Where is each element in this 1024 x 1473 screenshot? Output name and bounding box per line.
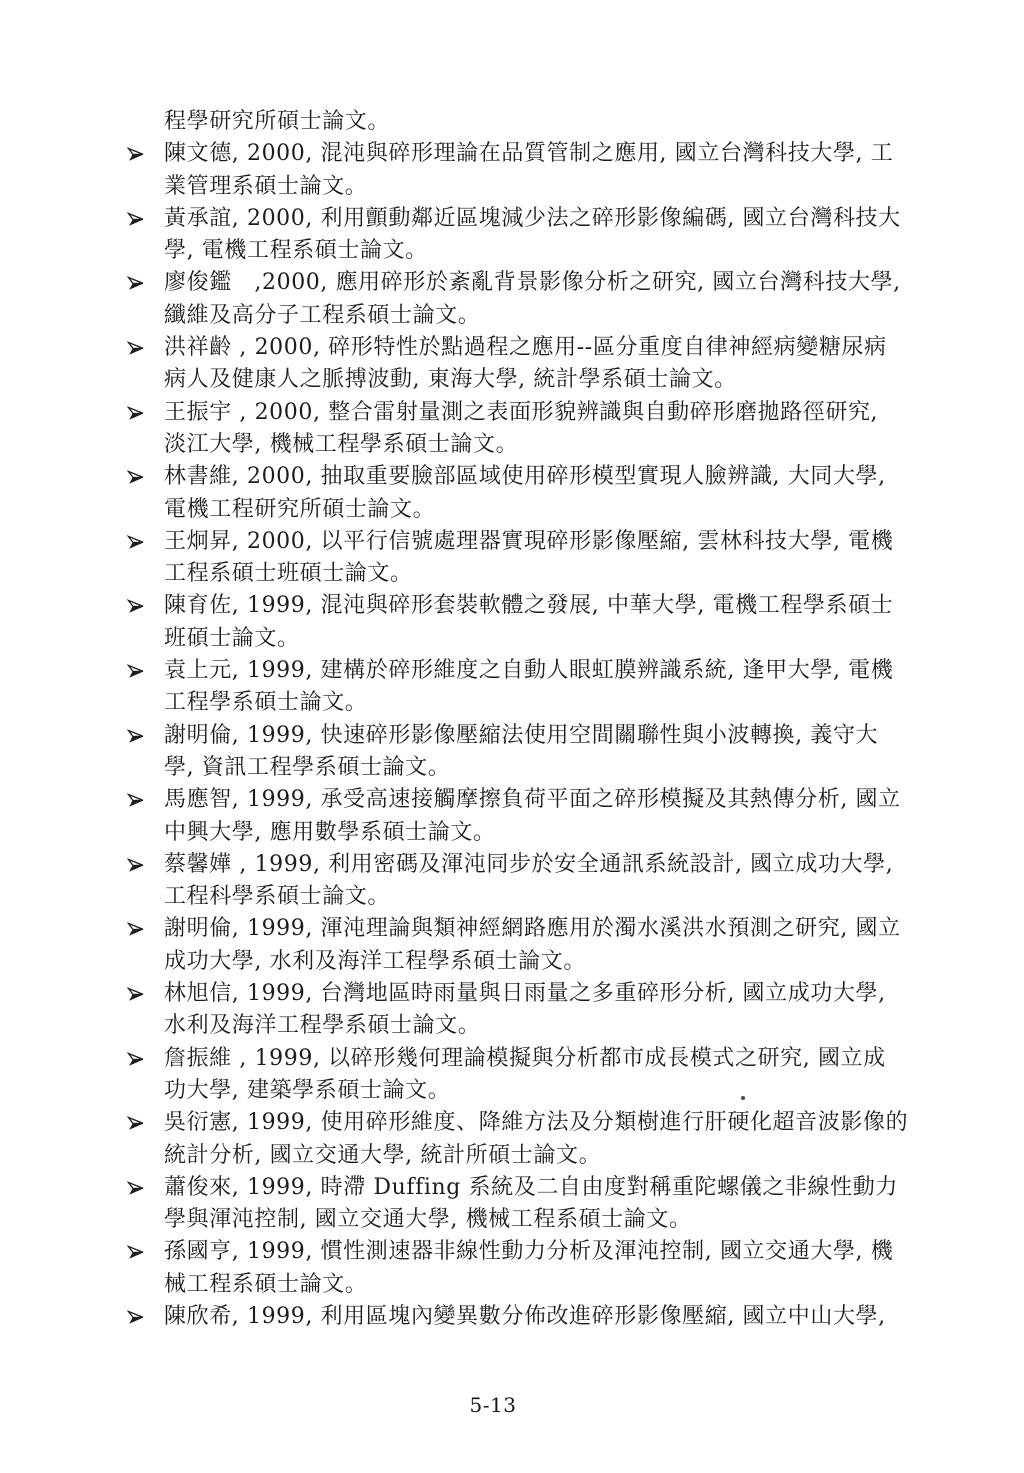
reference-line: 孫國亨, 1999, 慣性測速器非線性動力分析及渾沌控制, 國立交通大學, 機 xyxy=(164,1236,922,1268)
arrow-bullet-icon xyxy=(127,858,145,873)
reference-line: 陳育佐, 1999, 混沌與碎形套裝軟體之發展, 中華大學, 電機工程學系碩士 xyxy=(164,590,922,622)
reference-line: 廖俊鑑 ,2000, 應用碎形於紊亂背景影像分析之研究, 國立台灣科技大學, xyxy=(164,267,922,299)
reference-item: 王炯昇, 2000, 以平行信號處理器實現碎形影像壓縮, 雲林科技大學, 電機工… xyxy=(164,526,922,591)
reference-item: 謝明倫, 1999, 渾沌理論與類神經網路應用於濁水溪洪水預測之研究, 國立成功… xyxy=(164,913,922,978)
reference-line: 洪祥齡 , 2000, 碎形特性於點過程之應用--區分重度自律神經病變糖尿病 xyxy=(164,332,922,364)
reference-list: 陳文德, 2000, 混沌與碎形理論在品質管制之應用, 國立台灣科技大學, 工業… xyxy=(164,138,922,1333)
reference-line: 功大學, 建築學系碩士論文。 xyxy=(164,1075,922,1107)
reference-text: 王炯昇, 2000, 以平行信號處理器實現碎形影像壓縮, 雲林科技大學, 電機工… xyxy=(164,526,922,591)
reference-line: 學與渾沌控制, 國立交通大學, 機械工程系碩士論文。 xyxy=(164,1204,922,1236)
arrow-bullet-icon xyxy=(127,793,145,808)
reference-item: 孫國亨, 1999, 慣性測速器非線性動力分析及渾沌控制, 國立交通大學, 機械… xyxy=(164,1236,922,1301)
reference-line: 工程學系碩士論文。 xyxy=(164,687,922,719)
arrow-bullet-icon xyxy=(127,1116,145,1131)
reference-line: 成功大學, 水利及海洋工程學系碩士論文。 xyxy=(164,946,922,978)
reference-line: 謝明倫, 1999, 快速碎形影像壓縮法使用空間關聯性與小波轉換, 義守大 xyxy=(164,720,922,752)
arrow-bullet-icon xyxy=(127,1181,145,1196)
reference-text: 陳文德, 2000, 混沌與碎形理論在品質管制之應用, 國立台灣科技大學, 工業… xyxy=(164,138,922,203)
reference-item: 蕭俊來, 1999, 時滯 Duffing 系統及二自由度對稱重陀螺儀之非線性動… xyxy=(164,1172,922,1237)
continuation-line: 程學研究所碩士論文。 xyxy=(164,106,922,138)
reference-text: 袁上元, 1999, 建構於碎形維度之自動人眼虹膜辨識系統, 逢甲大學, 電機工… xyxy=(164,655,922,720)
arrow-bullet-icon xyxy=(127,276,145,291)
reference-line: 袁上元, 1999, 建構於碎形維度之自動人眼虹膜辨識系統, 逢甲大學, 電機 xyxy=(164,655,922,687)
reference-text: 林書維, 2000, 抽取重要臉部區域使用碎形模型實現人臉辨識, 大同大學,電機… xyxy=(164,461,922,526)
reference-item: 林旭信, 1999, 台灣地區時雨量與日雨量之多重碎形分析, 國立成功大學,水利… xyxy=(164,978,922,1043)
reference-line: 班碩士論文。 xyxy=(164,623,922,655)
reference-line: 詹振維 , 1999, 以碎形幾何理論模擬與分析都市成長模式之研究, 國立成 xyxy=(164,1043,922,1075)
reference-line: 王炯昇, 2000, 以平行信號處理器實現碎形影像壓縮, 雲林科技大學, 電機 xyxy=(164,526,922,558)
reference-text: 王振宇 , 2000, 整合雷射量測之表面形貌辨識與自動碎形磨拋路徑研究,淡江大… xyxy=(164,397,922,462)
reference-line: 統計分析, 國立交通大學, 統計所碩士論文。 xyxy=(164,1140,922,1172)
page-number: 5-13 xyxy=(470,1393,517,1417)
reference-line: 蔡馨嬅 , 1999, 利用密碼及渾沌同步於安全通訊系統設計, 國立成功大學, xyxy=(164,849,922,881)
reference-line: 中興大學, 應用數學系碩士論文。 xyxy=(164,817,922,849)
arrow-bullet-icon xyxy=(127,922,145,937)
reference-text: 謝明倫, 1999, 渾沌理論與類神經網路應用於濁水溪洪水預測之研究, 國立成功… xyxy=(164,913,922,978)
arrow-bullet-icon xyxy=(127,1052,145,1067)
reference-text: 黃承誼, 2000, 利用顫動鄰近區塊減少法之碎形影像編碼, 國立台灣科技大學,… xyxy=(164,203,922,268)
reference-text: 陳育佐, 1999, 混沌與碎形套裝軟體之發展, 中華大學, 電機工程學系碩士班… xyxy=(164,590,922,655)
arrow-bullet-icon xyxy=(127,664,145,679)
reference-text: 林旭信, 1999, 台灣地區時雨量與日雨量之多重碎形分析, 國立成功大學,水利… xyxy=(164,978,922,1043)
reference-line: 林旭信, 1999, 台灣地區時雨量與日雨量之多重碎形分析, 國立成功大學, xyxy=(164,978,922,1010)
reference-item: 詹振維 , 1999, 以碎形幾何理論模擬與分析都市成長模式之研究, 國立成功大… xyxy=(164,1043,922,1108)
reference-item: 謝明倫, 1999, 快速碎形影像壓縮法使用空間關聯性與小波轉換, 義守大學, … xyxy=(164,720,922,785)
reference-item: 馬應智, 1999, 承受高速接觸摩擦負荷平面之碎形模擬及其熱傳分析, 國立中興… xyxy=(164,784,922,849)
arrow-bullet-icon xyxy=(127,599,145,614)
reference-line: 淡江大學, 機械工程學系碩士論文。 xyxy=(164,429,922,461)
reference-text: 陳欣希, 1999, 利用區塊內變異數分佈改進碎形影像壓縮, 國立中山大學, xyxy=(164,1301,922,1333)
reference-item: 林書維, 2000, 抽取重要臉部區域使用碎形模型實現人臉辨識, 大同大學,電機… xyxy=(164,461,922,526)
reference-text: 蕭俊來, 1999, 時滯 Duffing 系統及二自由度對稱重陀螺儀之非線性動… xyxy=(164,1172,922,1237)
reference-item: 陳育佐, 1999, 混沌與碎形套裝軟體之發展, 中華大學, 電機工程學系碩士班… xyxy=(164,590,922,655)
arrow-bullet-icon xyxy=(127,535,145,550)
document-page: { "document": { "leading_line": "程學研究所碩士… xyxy=(0,0,1024,1473)
reference-item: 吳衍憲, 1999, 使用碎形維度、降維方法及分類樹進行肝硬化超音波影像的統計分… xyxy=(164,1107,922,1172)
reference-line: 馬應智, 1999, 承受高速接觸摩擦負荷平面之碎形模擬及其熱傳分析, 國立 xyxy=(164,784,922,816)
reference-line: 工程系碩士班碩士論文。 xyxy=(164,558,922,590)
reference-item: 洪祥齡 , 2000, 碎形特性於點過程之應用--區分重度自律神經病變糖尿病病人… xyxy=(164,332,922,397)
arrow-bullet-icon xyxy=(127,212,145,227)
page-content: 程學研究所碩士論文。 陳文德, 2000, 混沌與碎形理論在品質管制之應用, 國… xyxy=(164,106,922,1333)
reference-item: 蔡馨嬅 , 1999, 利用密碼及渾沌同步於安全通訊系統設計, 國立成功大學,工… xyxy=(164,849,922,914)
arrow-bullet-icon xyxy=(127,470,145,485)
reference-line: 吳衍憲, 1999, 使用碎形維度、降維方法及分類樹進行肝硬化超音波影像的 xyxy=(164,1107,922,1139)
reference-line: 陳欣希, 1999, 利用區塊內變異數分佈改進碎形影像壓縮, 國立中山大學, xyxy=(164,1301,922,1333)
reference-line: 工程科學系碩士論文。 xyxy=(164,881,922,913)
arrow-bullet-icon xyxy=(127,1245,145,1260)
reference-line: 謝明倫, 1999, 渾沌理論與類神經網路應用於濁水溪洪水預測之研究, 國立 xyxy=(164,913,922,945)
reference-text: 謝明倫, 1999, 快速碎形影像壓縮法使用空間關聯性與小波轉換, 義守大學, … xyxy=(164,720,922,785)
reference-item: 廖俊鑑 ,2000, 應用碎形於紊亂背景影像分析之研究, 國立台灣科技大學,纖維… xyxy=(164,267,922,332)
reference-line: 水利及海洋工程學系碩士論文。 xyxy=(164,1010,922,1042)
arrow-bullet-icon xyxy=(127,1310,145,1325)
reference-item: 王振宇 , 2000, 整合雷射量測之表面形貌辨識與自動碎形磨拋路徑研究,淡江大… xyxy=(164,397,922,462)
reference-line: 業管理系碩士論文。 xyxy=(164,171,922,203)
reference-item: 陳欣希, 1999, 利用區塊內變異數分佈改進碎形影像壓縮, 國立中山大學, xyxy=(164,1301,922,1333)
arrow-bullet-icon xyxy=(127,147,145,162)
reference-line: 王振宇 , 2000, 整合雷射量測之表面形貌辨識與自動碎形磨拋路徑研究, xyxy=(164,397,922,429)
reference-line: 電機工程研究所碩士論文。 xyxy=(164,494,922,526)
arrow-bullet-icon xyxy=(127,987,145,1002)
reference-line: 陳文德, 2000, 混沌與碎形理論在品質管制之應用, 國立台灣科技大學, 工 xyxy=(164,138,922,170)
reference-line: 纖維及高分子工程系碩士論文。 xyxy=(164,300,922,332)
reference-line: 病人及健康人之脈搏波動, 東海大學, 統計學系碩士論文。 xyxy=(164,364,922,396)
reference-line: 學, 電機工程系碩士論文。 xyxy=(164,235,922,267)
reference-text: 馬應智, 1999, 承受高速接觸摩擦負荷平面之碎形模擬及其熱傳分析, 國立中興… xyxy=(164,784,922,849)
reference-item: 黃承誼, 2000, 利用顫動鄰近區塊減少法之碎形影像編碼, 國立台灣科技大學,… xyxy=(164,203,922,268)
reference-line: 學, 資訊工程學系碩士論文。 xyxy=(164,752,922,784)
arrow-bullet-icon xyxy=(127,729,145,744)
reference-line: 黃承誼, 2000, 利用顫動鄰近區塊減少法之碎形影像編碼, 國立台灣科技大 xyxy=(164,203,922,235)
reference-text: 詹振維 , 1999, 以碎形幾何理論模擬與分析都市成長模式之研究, 國立成功大… xyxy=(164,1043,922,1108)
arrow-bullet-icon xyxy=(127,406,145,421)
stray-mark xyxy=(741,1096,745,1100)
reference-line: 蕭俊來, 1999, 時滯 Duffing 系統及二自由度對稱重陀螺儀之非線性動… xyxy=(164,1172,922,1204)
reference-text: 廖俊鑑 ,2000, 應用碎形於紊亂背景影像分析之研究, 國立台灣科技大學,纖維… xyxy=(164,267,922,332)
reference-text: 吳衍憲, 1999, 使用碎形維度、降維方法及分類樹進行肝硬化超音波影像的統計分… xyxy=(164,1107,922,1172)
page-footer: 5-13 xyxy=(0,1393,986,1417)
reference-item: 袁上元, 1999, 建構於碎形維度之自動人眼虹膜辨識系統, 逢甲大學, 電機工… xyxy=(164,655,922,720)
reference-line: 械工程系碩士論文。 xyxy=(164,1269,922,1301)
reference-text: 蔡馨嬅 , 1999, 利用密碼及渾沌同步於安全通訊系統設計, 國立成功大學,工… xyxy=(164,849,922,914)
reference-item: 陳文德, 2000, 混沌與碎形理論在品質管制之應用, 國立台灣科技大學, 工業… xyxy=(164,138,922,203)
reference-text: 孫國亨, 1999, 慣性測速器非線性動力分析及渾沌控制, 國立交通大學, 機械… xyxy=(164,1236,922,1301)
reference-line: 林書維, 2000, 抽取重要臉部區域使用碎形模型實現人臉辨識, 大同大學, xyxy=(164,461,922,493)
arrow-bullet-icon xyxy=(127,341,145,356)
reference-text: 洪祥齡 , 2000, 碎形特性於點過程之應用--區分重度自律神經病變糖尿病病人… xyxy=(164,332,922,397)
